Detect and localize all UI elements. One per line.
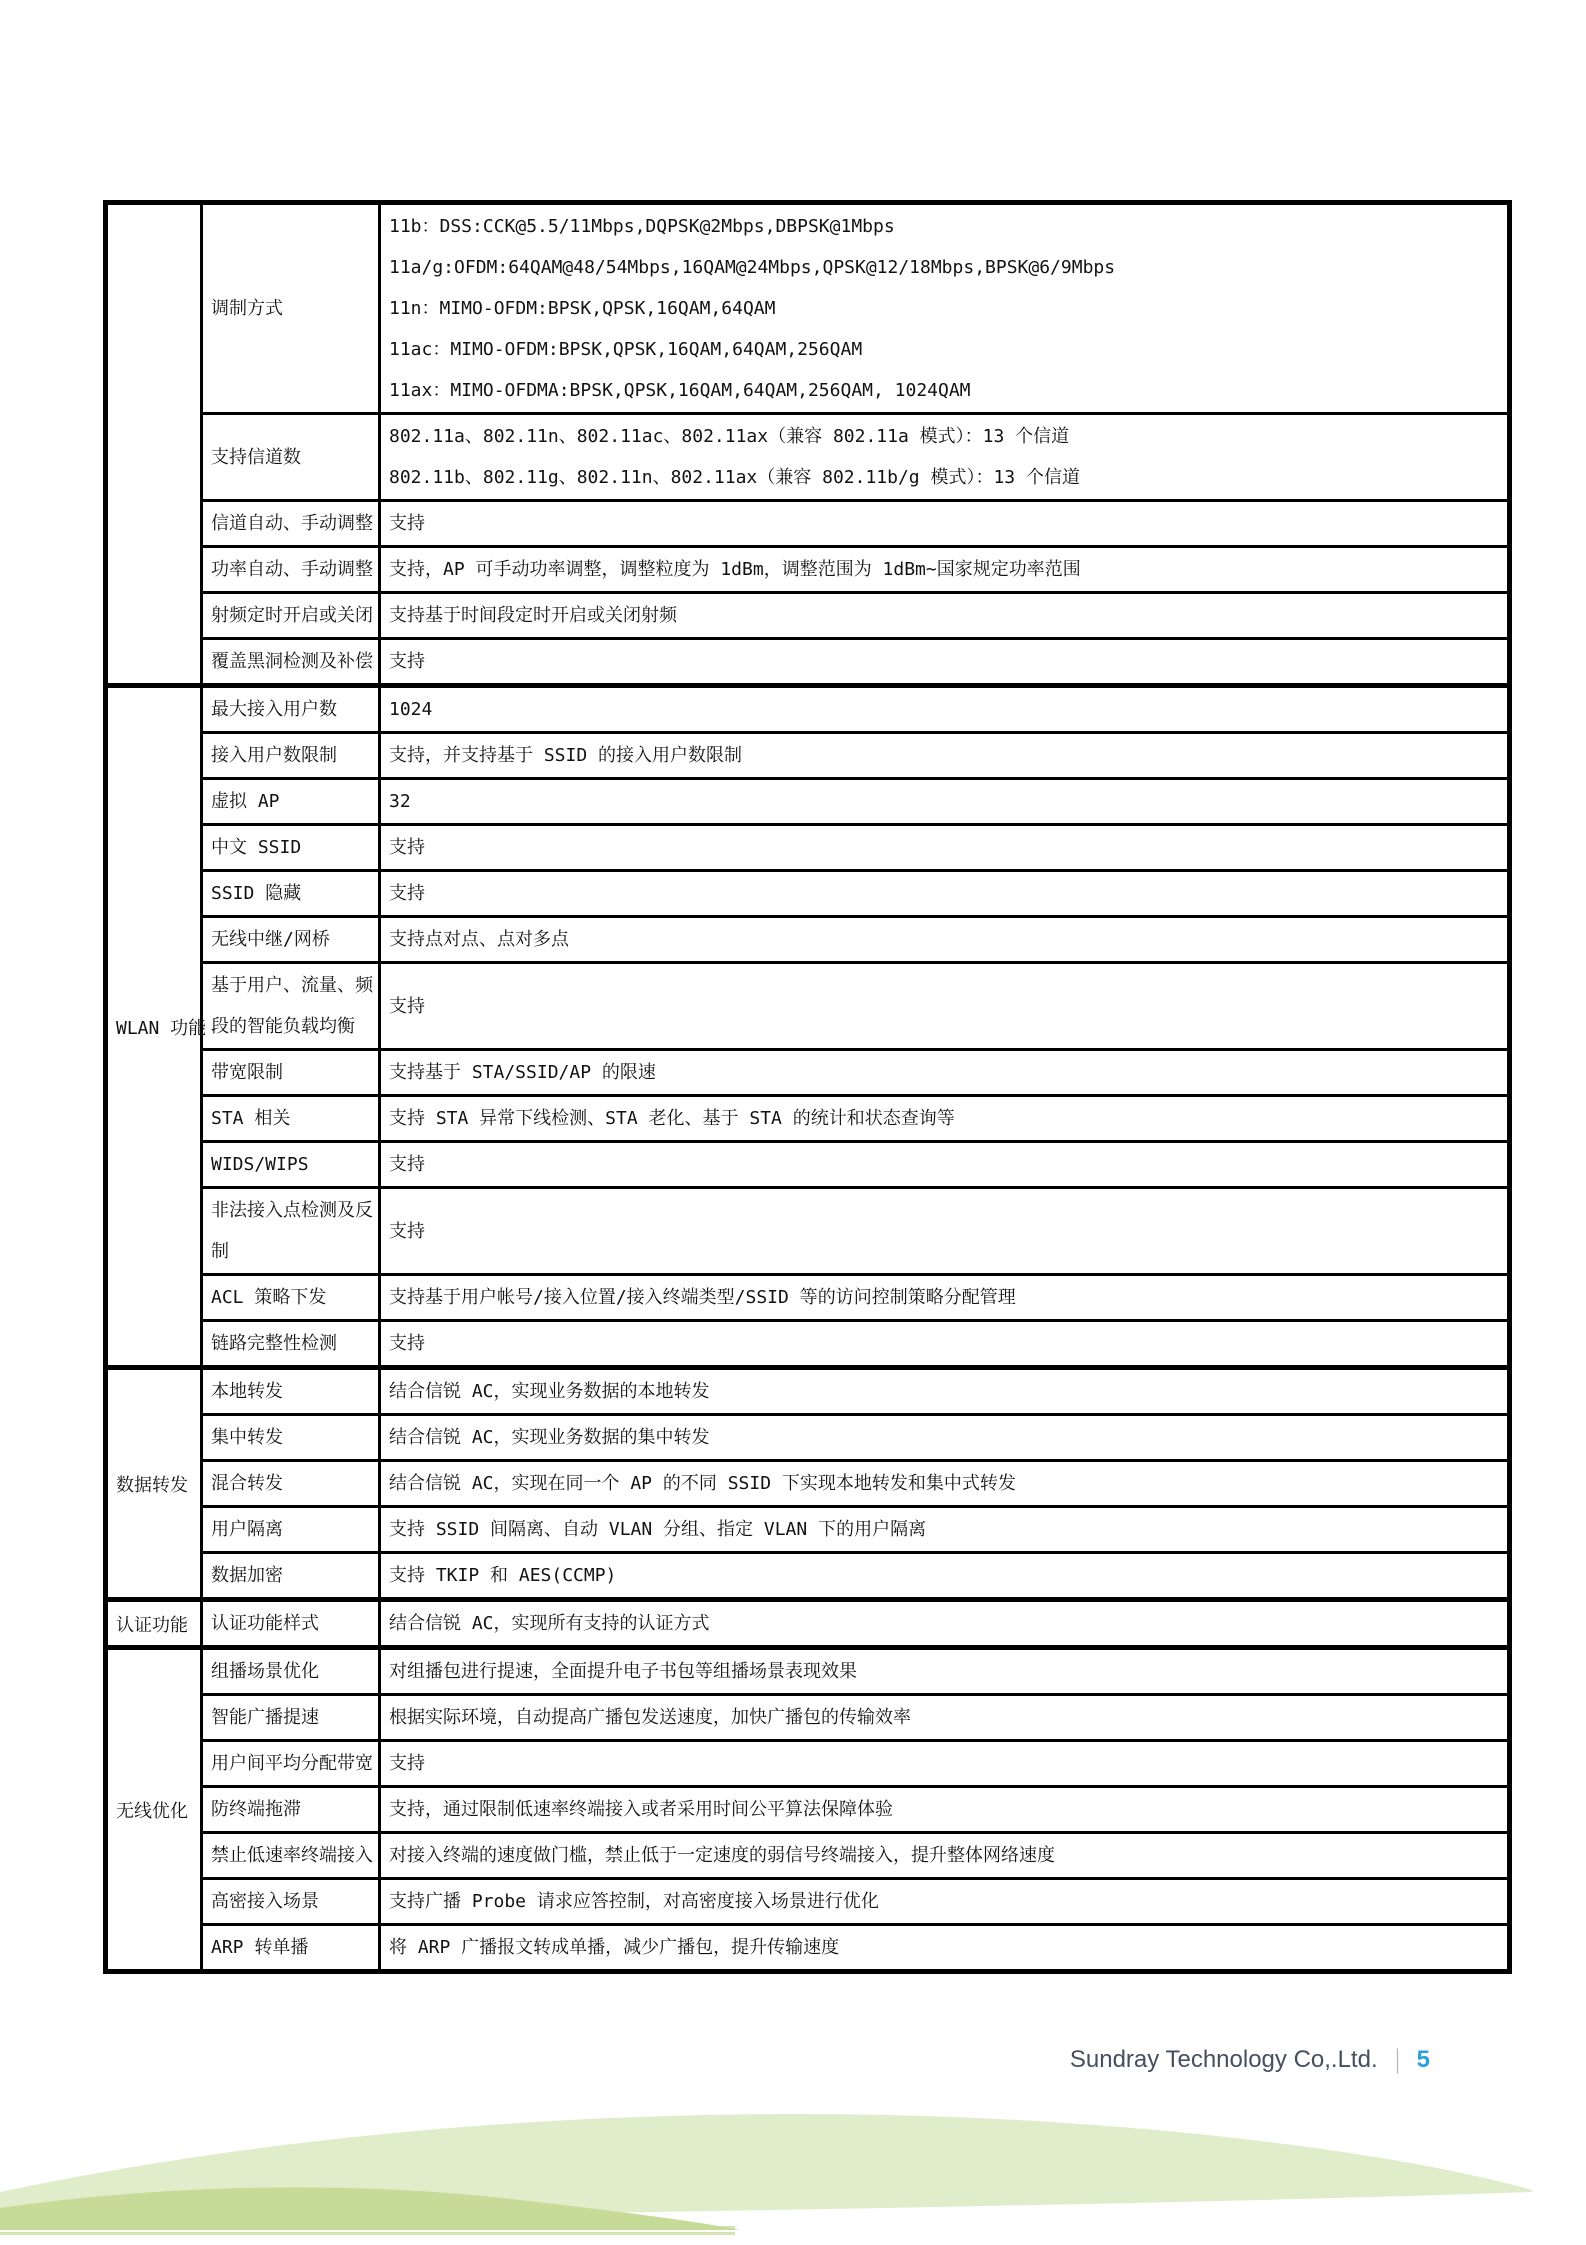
- feature-value-cell: 对组播包进行提速，全面提升电子书包等组播场景表现效果: [380, 1648, 1510, 1695]
- feature-value: 802.11a、802.11n、802.11ac、802.11ax（兼容 802…: [389, 416, 1499, 457]
- wave-stripe-2: [0, 2232, 735, 2235]
- feature-value-cell: 支持，AP 可手动功率调整，调整粒度为 1dBm，调整范围为 1dBm~国家规定…: [380, 547, 1510, 593]
- feature-value: 32: [389, 781, 1499, 822]
- feature-label-cell: 无线中继/网桥: [202, 917, 380, 963]
- feature-label-cell: 支持信道数: [202, 414, 380, 501]
- feature-label-cell: 虚拟 AP: [202, 779, 380, 825]
- feature-label-cell: 链路完整性检测: [202, 1321, 380, 1368]
- feature-label: 接入用户数限制: [211, 735, 370, 776]
- page-number: 5: [1417, 2046, 1430, 2074]
- table-row: 信道自动、手动调整支持: [106, 501, 1510, 547]
- feature-label-cell: 调制方式: [202, 203, 380, 414]
- feature-value-cell: 结合信锐 AC，实现业务数据的本地转发: [380, 1368, 1510, 1415]
- feature-value-cell: 支持: [380, 501, 1510, 547]
- table-row: 认证功能认证功能样式结合信锐 AC，实现所有支持的认证方式: [106, 1600, 1510, 1648]
- feature-value-cell: 32: [380, 779, 1510, 825]
- feature-value: 对组播包进行提速，全面提升电子书包等组播场景表现效果: [389, 1651, 1499, 1692]
- table-row: 链路完整性检测支持: [106, 1321, 1510, 1368]
- feature-value: 结合信锐 AC，实现业务数据的集中转发: [389, 1417, 1499, 1458]
- table-row: WLAN 功能最大接入用户数1024: [106, 686, 1510, 733]
- footer-company: Sundray Technology Co,.Ltd.: [1070, 2046, 1378, 2074]
- feature-value-cell: 支持基于时间段定时开启或关闭射频: [380, 593, 1510, 639]
- feature-value-cell: 1024: [380, 686, 1510, 733]
- feature-value-cell: 对接入终端的速度做门槛，禁止低于一定速度的弱信号终端接入，提升整体网络速度: [380, 1833, 1510, 1879]
- feature-label: 最大接入用户数: [211, 689, 370, 730]
- feature-label: 防终端拖滞: [211, 1789, 370, 1830]
- feature-value-cell: 802.11a、802.11n、802.11ac、802.11ax（兼容 802…: [380, 414, 1510, 501]
- table-row: WIDS/WIPS支持: [106, 1142, 1510, 1188]
- feature-label-cell: 带宽限制: [202, 1050, 380, 1096]
- feature-value-cell: 支持基于 STA/SSID/AP 的限速: [380, 1050, 1510, 1096]
- feature-value-cell: 支持: [380, 963, 1510, 1050]
- feature-value: 将 ARP 广播报文转成单播，减少广播包，提升传输速度: [389, 1927, 1499, 1968]
- feature-label: 基于用户、流量、频: [211, 965, 370, 1006]
- feature-value-cell: 支持广播 Probe 请求应答控制，对高密度接入场景进行优化: [380, 1879, 1510, 1925]
- feature-value: 支持基于用户帐号/接入位置/接入终端类型/SSID 等的访问控制策略分配管理: [389, 1277, 1499, 1318]
- feature-value: 结合信锐 AC，实现业务数据的本地转发: [389, 1371, 1499, 1412]
- table-row: 基于用户、流量、频段的智能负载均衡支持: [106, 963, 1510, 1050]
- feature-value-cell: 支持基于用户帐号/接入位置/接入终端类型/SSID 等的访问控制策略分配管理: [380, 1275, 1510, 1321]
- table-row: STA 相关支持 STA 异常下线检测、STA 老化、基于 STA 的统计和状态…: [106, 1096, 1510, 1142]
- feature-label: 射频定时开启或关闭: [211, 595, 370, 636]
- feature-value: 1024: [389, 689, 1499, 730]
- feature-value: 802.11b、802.11g、802.11n、802.11ax（兼容 802.…: [389, 457, 1499, 498]
- page-footer: Sundray Technology Co,.Ltd. | 5: [1070, 2044, 1430, 2075]
- feature-label: 带宽限制: [211, 1052, 370, 1093]
- feature-label-cell: 防终端拖滞: [202, 1787, 380, 1833]
- feature-value-cell: 支持: [380, 1321, 1510, 1368]
- feature-label: 覆盖黑洞检测及补偿: [211, 641, 370, 682]
- category-cell: 数据转发: [106, 1368, 202, 1600]
- feature-label-cell: 射频定时开启或关闭: [202, 593, 380, 639]
- feature-value: 支持，通过限制低速率终端接入或者采用时间公平算法保障体验: [389, 1789, 1499, 1830]
- feature-value: 支持基于时间段定时开启或关闭射频: [389, 595, 1499, 636]
- feature-label-cell: WIDS/WIPS: [202, 1142, 380, 1188]
- feature-label-cell: 信道自动、手动调整: [202, 501, 380, 547]
- feature-label-cell: 功率自动、手动调整: [202, 547, 380, 593]
- feature-label-cell: 混合转发: [202, 1461, 380, 1507]
- feature-label-cell: 中文 SSID: [202, 825, 380, 871]
- feature-label-cell: SSID 隐藏: [202, 871, 380, 917]
- table-row: 中文 SSID支持: [106, 825, 1510, 871]
- table-row: 射频定时开启或关闭支持基于时间段定时开启或关闭射频: [106, 593, 1510, 639]
- feature-value-cell: 根据实际环境，自动提高广播包发送速度，加快广播包的传输效率: [380, 1695, 1510, 1741]
- feature-value: 支持: [389, 1144, 1499, 1185]
- table-row: 带宽限制支持基于 STA/SSID/AP 的限速: [106, 1050, 1510, 1096]
- feature-label-cell: 用户隔离: [202, 1507, 380, 1553]
- feature-label: 高密接入场景: [211, 1881, 370, 1922]
- feature-label: 认证功能样式: [211, 1603, 370, 1644]
- feature-label-cell: ACL 策略下发: [202, 1275, 380, 1321]
- category-cell: 认证功能: [106, 1600, 202, 1648]
- feature-value-cell: 支持: [380, 871, 1510, 917]
- feature-label: 段的智能负载均衡: [211, 1006, 370, 1047]
- category-cell: [106, 203, 202, 686]
- document-page: 调制方式11b：DSS:CCK@5.5/11Mbps,DQPSK@2Mbps,D…: [0, 0, 1586, 2245]
- feature-value: 支持，并支持基于 SSID 的接入用户数限制: [389, 735, 1499, 776]
- feature-value-cell: 结合信锐 AC，实现所有支持的认证方式: [380, 1600, 1510, 1648]
- feature-label: 数据加密: [211, 1555, 370, 1596]
- table-row: 无线优化组播场景优化对组播包进行提速，全面提升电子书包等组播场景表现效果: [106, 1648, 1510, 1695]
- feature-value: 支持 STA 异常下线检测、STA 老化、基于 STA 的统计和状态查询等: [389, 1098, 1499, 1139]
- feature-value: 支持: [389, 827, 1499, 868]
- feature-label-cell: 数据加密: [202, 1553, 380, 1600]
- table-row: 虚拟 AP32: [106, 779, 1510, 825]
- feature-label-cell: ARP 转单播: [202, 1925, 380, 1972]
- table-row: 接入用户数限制支持，并支持基于 SSID 的接入用户数限制: [106, 733, 1510, 779]
- feature-label: 用户间平均分配带宽: [211, 1743, 370, 1784]
- feature-value: 11n：MIMO-OFDM:BPSK,QPSK,16QAM,64QAM: [389, 288, 1499, 329]
- table-row: 数据转发本地转发结合信锐 AC，实现业务数据的本地转发: [106, 1368, 1510, 1415]
- table-row: 混合转发结合信锐 AC，实现在同一个 AP 的不同 SSID 下实现本地转发和集…: [106, 1461, 1510, 1507]
- feature-value: 支持: [389, 986, 1499, 1027]
- footer-wave-decoration: [0, 2080, 1586, 2245]
- table-row: 高密接入场景支持广播 Probe 请求应答控制，对高密度接入场景进行优化: [106, 1879, 1510, 1925]
- feature-label-cell: 非法接入点检测及反制: [202, 1188, 380, 1275]
- feature-value-cell: 将 ARP 广播报文转成单播，减少广播包，提升传输速度: [380, 1925, 1510, 1972]
- feature-label-cell: 组播场景优化: [202, 1648, 380, 1695]
- table-row: ACL 策略下发支持基于用户帐号/接入位置/接入终端类型/SSID 等的访问控制…: [106, 1275, 1510, 1321]
- feature-value: 11a/g:OFDM:64QAM@48/54Mbps,16QAM@24Mbps,…: [389, 247, 1499, 288]
- feature-label: ACL 策略下发: [211, 1277, 370, 1318]
- table-row: 智能广播提速根据实际环境，自动提高广播包发送速度，加快广播包的传输效率: [106, 1695, 1510, 1741]
- feature-value: 支持: [389, 641, 1499, 682]
- feature-value: 支持广播 Probe 请求应答控制，对高密度接入场景进行优化: [389, 1881, 1499, 1922]
- feature-value-cell: 支持 TKIP 和 AES(CCMP): [380, 1553, 1510, 1600]
- feature-label-cell: 基于用户、流量、频段的智能负载均衡: [202, 963, 380, 1050]
- table-row: 非法接入点检测及反制支持: [106, 1188, 1510, 1275]
- feature-label: 调制方式: [211, 288, 370, 329]
- feature-value-cell: 支持，并支持基于 SSID 的接入用户数限制: [380, 733, 1510, 779]
- feature-label: 混合转发: [211, 1463, 370, 1504]
- feature-label-cell: 接入用户数限制: [202, 733, 380, 779]
- feature-label: 信道自动、手动调整: [211, 503, 370, 544]
- feature-value: 支持，AP 可手动功率调整，调整粒度为 1dBm，调整范围为 1dBm~国家规定…: [389, 549, 1499, 590]
- feature-value-cell: 11b：DSS:CCK@5.5/11Mbps,DQPSK@2Mbps,DBPSK…: [380, 203, 1510, 414]
- feature-label: 支持信道数: [211, 437, 370, 478]
- feature-label: STA 相关: [211, 1098, 370, 1139]
- feature-label: 虚拟 AP: [211, 781, 370, 822]
- feature-label-cell: 认证功能样式: [202, 1600, 380, 1648]
- feature-label-cell: 本地转发: [202, 1368, 380, 1415]
- footer-separator: |: [1395, 2044, 1399, 2075]
- feature-value: 根据实际环境，自动提高广播包发送速度，加快广播包的传输效率: [389, 1697, 1499, 1738]
- feature-label: 用户隔离: [211, 1509, 370, 1550]
- feature-label: 智能广播提速: [211, 1697, 370, 1738]
- spec-table-body: 调制方式11b：DSS:CCK@5.5/11Mbps,DQPSK@2Mbps,D…: [106, 203, 1510, 1972]
- table-row: 禁止低速率终端接入对接入终端的速度做门槛，禁止低于一定速度的弱信号终端接入，提升…: [106, 1833, 1510, 1879]
- feature-value: 支持: [389, 503, 1499, 544]
- table-row: 无线中继/网桥支持点对点、点对多点: [106, 917, 1510, 963]
- table-row: 覆盖黑洞检测及补偿支持: [106, 639, 1510, 686]
- feature-value: 支持: [389, 1743, 1499, 1784]
- feature-value-cell: 支持: [380, 1741, 1510, 1787]
- feature-value: 支持: [389, 1323, 1499, 1364]
- table-row: 用户隔离支持 SSID 间隔离、自动 VLAN 分组、指定 VLAN 下的用户隔…: [106, 1507, 1510, 1553]
- feature-label: 组播场景优化: [211, 1651, 370, 1692]
- feature-label: 本地转发: [211, 1371, 370, 1412]
- feature-label: 制: [211, 1231, 370, 1272]
- table-row: 数据加密支持 TKIP 和 AES(CCMP): [106, 1553, 1510, 1600]
- feature-value-cell: 支持点对点、点对多点: [380, 917, 1510, 963]
- feature-value-cell: 结合信锐 AC，实现在同一个 AP 的不同 SSID 下实现本地转发和集中式转发: [380, 1461, 1510, 1507]
- category-cell: WLAN 功能: [106, 686, 202, 1368]
- feature-label: ARP 转单播: [211, 1927, 370, 1968]
- feature-value: 支持: [389, 1211, 1499, 1252]
- feature-value-cell: 结合信锐 AC，实现业务数据的集中转发: [380, 1415, 1510, 1461]
- feature-label: 无线中继/网桥: [211, 919, 370, 960]
- feature-label: 功率自动、手动调整: [211, 549, 370, 590]
- feature-label: WIDS/WIPS: [211, 1144, 370, 1185]
- feature-value: 11ax：MIMO-OFDMA:BPSK,QPSK,16QAM,64QAM,25…: [389, 370, 1499, 411]
- feature-label-cell: 禁止低速率终端接入: [202, 1833, 380, 1879]
- feature-value-cell: 支持 STA 异常下线检测、STA 老化、基于 STA 的统计和状态查询等: [380, 1096, 1510, 1142]
- feature-value: 支持: [389, 873, 1499, 914]
- feature-value-cell: 支持: [380, 825, 1510, 871]
- feature-label-cell: 最大接入用户数: [202, 686, 380, 733]
- feature-value-cell: 支持: [380, 1188, 1510, 1275]
- feature-label: 链路完整性检测: [211, 1323, 370, 1364]
- table-row: ARP 转单播将 ARP 广播报文转成单播，减少广播包，提升传输速度: [106, 1925, 1510, 1972]
- feature-label: 禁止低速率终端接入: [211, 1835, 370, 1876]
- table-row: SSID 隐藏支持: [106, 871, 1510, 917]
- feature-value-cell: 支持，通过限制低速率终端接入或者采用时间公平算法保障体验: [380, 1787, 1510, 1833]
- feature-label-cell: STA 相关: [202, 1096, 380, 1142]
- feature-value: 结合信锐 AC，实现在同一个 AP 的不同 SSID 下实现本地转发和集中式转发: [389, 1463, 1499, 1504]
- feature-label-cell: 智能广播提速: [202, 1695, 380, 1741]
- feature-value-cell: 支持: [380, 1142, 1510, 1188]
- feature-label-cell: 集中转发: [202, 1415, 380, 1461]
- spec-table: 调制方式11b：DSS:CCK@5.5/11Mbps,DQPSK@2Mbps,D…: [103, 200, 1512, 1974]
- feature-label-cell: 高密接入场景: [202, 1879, 380, 1925]
- feature-label-cell: 用户间平均分配带宽: [202, 1741, 380, 1787]
- table-row: 支持信道数802.11a、802.11n、802.11ac、802.11ax（兼…: [106, 414, 1510, 501]
- category-cell: 无线优化: [106, 1648, 202, 1972]
- feature-value: 结合信锐 AC，实现所有支持的认证方式: [389, 1603, 1499, 1644]
- feature-value: 支持 TKIP 和 AES(CCMP): [389, 1555, 1499, 1596]
- feature-value: 支持基于 STA/SSID/AP 的限速: [389, 1052, 1499, 1093]
- feature-label: SSID 隐藏: [211, 873, 370, 914]
- feature-value-cell: 支持: [380, 639, 1510, 686]
- feature-value-cell: 支持 SSID 间隔离、自动 VLAN 分组、指定 VLAN 下的用户隔离: [380, 1507, 1510, 1553]
- feature-value: 支持点对点、点对多点: [389, 919, 1499, 960]
- table-row: 集中转发结合信锐 AC，实现业务数据的集中转发: [106, 1415, 1510, 1461]
- feature-value: 对接入终端的速度做门槛，禁止低于一定速度的弱信号终端接入，提升整体网络速度: [389, 1835, 1499, 1876]
- feature-value: 11ac：MIMO-OFDM:BPSK,QPSK,16QAM,64QAM,256…: [389, 329, 1499, 370]
- table-row: 功率自动、手动调整支持，AP 可手动功率调整，调整粒度为 1dBm，调整范围为 …: [106, 547, 1510, 593]
- table-row: 防终端拖滞支持，通过限制低速率终端接入或者采用时间公平算法保障体验: [106, 1787, 1510, 1833]
- feature-label: 中文 SSID: [211, 827, 370, 868]
- feature-label: 集中转发: [211, 1417, 370, 1458]
- feature-label: 非法接入点检测及反: [211, 1190, 370, 1231]
- table-row: 用户间平均分配带宽支持: [106, 1741, 1510, 1787]
- table-row: 调制方式11b：DSS:CCK@5.5/11Mbps,DQPSK@2Mbps,D…: [106, 203, 1510, 414]
- feature-value: 11b：DSS:CCK@5.5/11Mbps,DQPSK@2Mbps,DBPSK…: [389, 206, 1499, 247]
- feature-value: 支持 SSID 间隔离、自动 VLAN 分组、指定 VLAN 下的用户隔离: [389, 1509, 1499, 1550]
- feature-label-cell: 覆盖黑洞检测及补偿: [202, 639, 380, 686]
